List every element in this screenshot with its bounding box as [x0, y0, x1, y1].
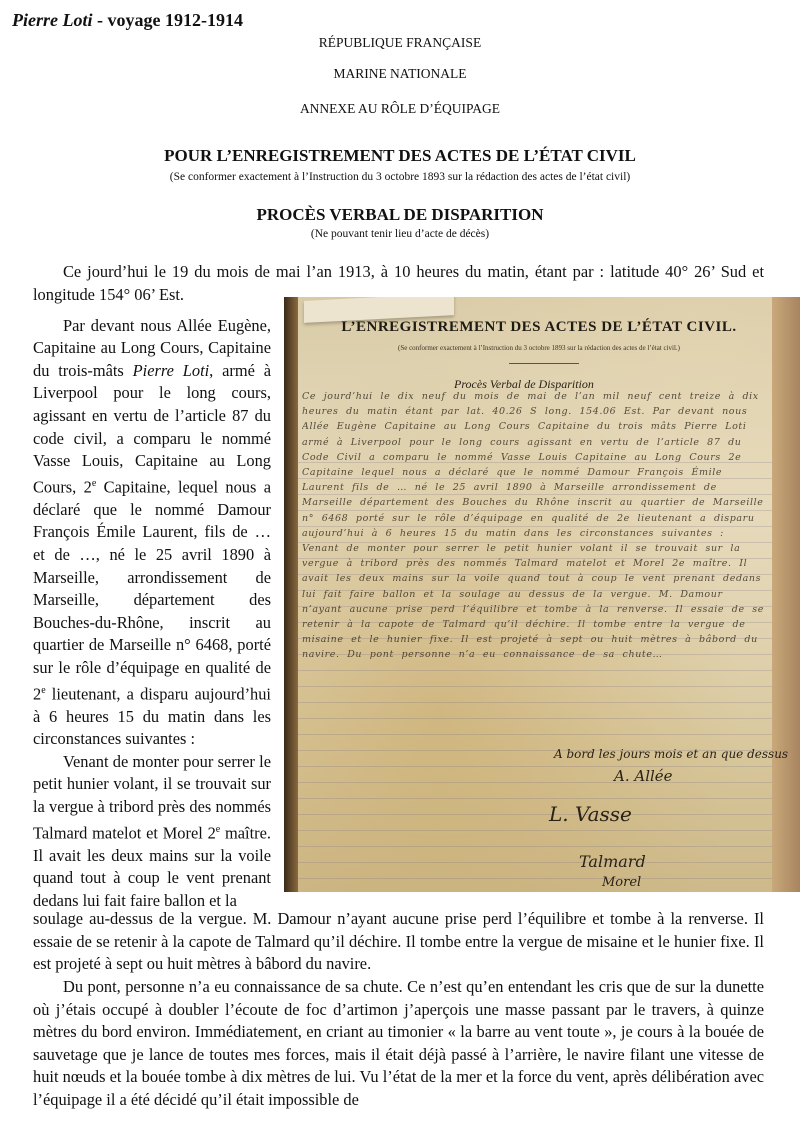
- document-subtitle-note: (Ne pouvant tenir lieu d’acte de décès): [0, 228, 800, 240]
- left-column: Par devant nous Allée Eugène, Capitaine …: [33, 292, 271, 912]
- photo-handwritten-text: Ce jourd’hui le dix neuf du mois de mai …: [302, 389, 768, 734]
- document-subtitle: PROCÈS VERBAL DE DISPARITION: [0, 205, 800, 225]
- signature-morel: Morel: [602, 875, 641, 890]
- running-head-ship-name: Pierre Loti: [12, 10, 92, 30]
- document-title: POUR L’ENREGISTREMENT DES ACTES DE L’ÉTA…: [0, 146, 800, 166]
- archive-document-photo: L’ENREGISTREMENT DES ACTES DE L’ÉTAT CIV…: [284, 297, 800, 892]
- photo-printed-note: (Se conformer exactement à l’Instruction…: [304, 344, 774, 352]
- signature-captain: A. Allée: [614, 767, 673, 785]
- header-republique: RÉPUBLIQUE FRANÇAISE: [0, 35, 800, 51]
- photo-binding-edge: [284, 297, 298, 892]
- paragraph-fall: soulage au-dessus de la vergue. M. Damou…: [33, 908, 764, 976]
- paragraph-declaration: Par devant nous Allée Eugène, Capitaine …: [33, 315, 271, 751]
- photo-closing-formula: A bord les jours mois et an que dessus: [554, 747, 788, 761]
- document-title-note: (Se conformer exactement à l’Instruction…: [0, 171, 800, 183]
- running-head-voyage: - voyage 1912-1914: [92, 10, 242, 30]
- header-annexe: ANNEXE AU RÔLE D’ÉQUIPAGE: [0, 101, 800, 117]
- photo-divider: [509, 363, 579, 364]
- ship-name: Pierre Loti: [133, 361, 210, 380]
- header-marine: MARINE NATIONALE: [0, 66, 800, 82]
- signature-vasse: L. Vasse: [549, 802, 632, 826]
- photo-torn-edge: [772, 297, 800, 892]
- running-head: Pierre Loti - voyage 1912-1914: [12, 10, 243, 31]
- paragraph-circumstances: Venant de monter pour serrer le petit hu…: [33, 751, 271, 913]
- paragraph-rescue-attempt: Du pont, personne n’a eu connaissance de…: [33, 976, 764, 1112]
- photo-printed-title: L’ENREGISTREMENT DES ACTES DE L’ÉTAT CIV…: [304, 319, 774, 336]
- signature-talmard: Talmard: [579, 852, 646, 871]
